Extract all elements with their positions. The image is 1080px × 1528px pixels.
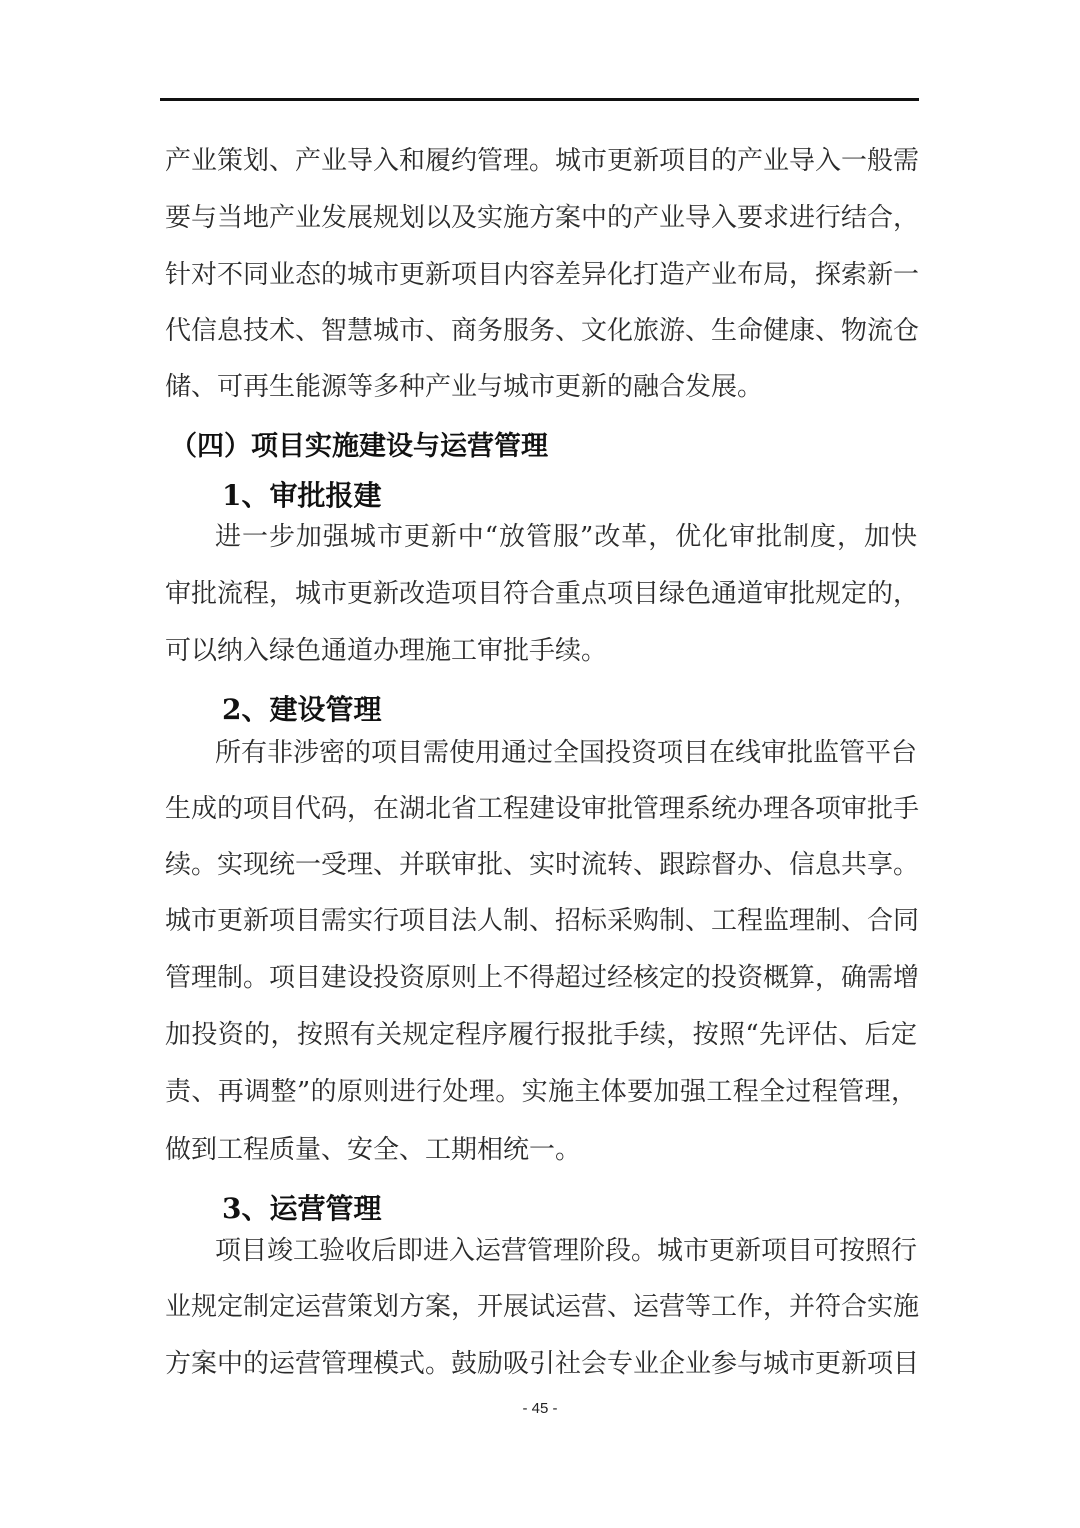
subheading-approval: 1、审批报建 (222, 474, 381, 514)
text-line: 针对不同业态的城市更新项目内容差异化打造产业布局，探索新一 (165, 260, 917, 290)
text-line: 项目竣工验收后即进入运营管理阶段。城市更新项目可按照行 (215, 1236, 917, 1266)
text-line: 续。实现统一受理、并联审批、实时流转、跟踪督办、信息共享。 (165, 850, 917, 880)
text-line: 储、可再生能源等多种产业与城市更新的融合发展。 (165, 372, 917, 402)
text-line: 要与当地产业发展规划以及实施方案中的产业导入要求进行结合， (165, 203, 917, 233)
text-line: 可以纳入绿色通道办理施工审批手续。 (165, 636, 917, 666)
header-rule (160, 98, 919, 101)
text-line: 所有非涉密的项目需使用通过全国投资项目在线审批监管平台 (215, 738, 917, 768)
text-line: 管理制。项目建设投资原则上不得超过经核定的投资概算，确需增 (165, 963, 917, 993)
text-line: 责、再调整”的原则进行处理。实施主体要加强工程全过程管理， (165, 1077, 917, 1107)
text-line: 城市更新项目需实行项目法人制、招标采购制、工程监理制、合同 (165, 906, 917, 936)
text-line: 业规定制定运营策划方案，开展试运营、运营等工作，并符合实施 (165, 1292, 917, 1322)
text-line: 产业策划、产业导入和履约管理。城市更新项目的产业导入一般需 (165, 146, 917, 176)
page-number: - 45 - (0, 1400, 1080, 1417)
section-heading: （四）项目实施建设与运营管理 (170, 424, 548, 463)
subheading-operations: 3、运营管理 (222, 1187, 381, 1227)
text-line: 做到工程质量、安全、工期相统一。 (165, 1135, 917, 1165)
subheading-construction: 2、建设管理 (222, 688, 381, 728)
text-line: 代信息技术、智慧城市、商务服务、文化旅游、生命健康、物流仓 (165, 316, 917, 346)
text-line: 进一步加强城市更新中“放管服”改革，优化审批制度，加快 (215, 522, 917, 552)
text-line: 审批流程，城市更新改造项目符合重点项目绿色通道审批规定的， (165, 579, 917, 609)
text-line: 加投资的，按照有关规定程序履行报批手续，按照“先评估、后定 (165, 1020, 917, 1050)
text-line: 方案中的运营管理模式。鼓励吸引社会专业企业参与城市更新项目 (165, 1349, 917, 1379)
text-line: 生成的项目代码，在湖北省工程建设审批管理系统办理各项审批手 (165, 794, 917, 824)
